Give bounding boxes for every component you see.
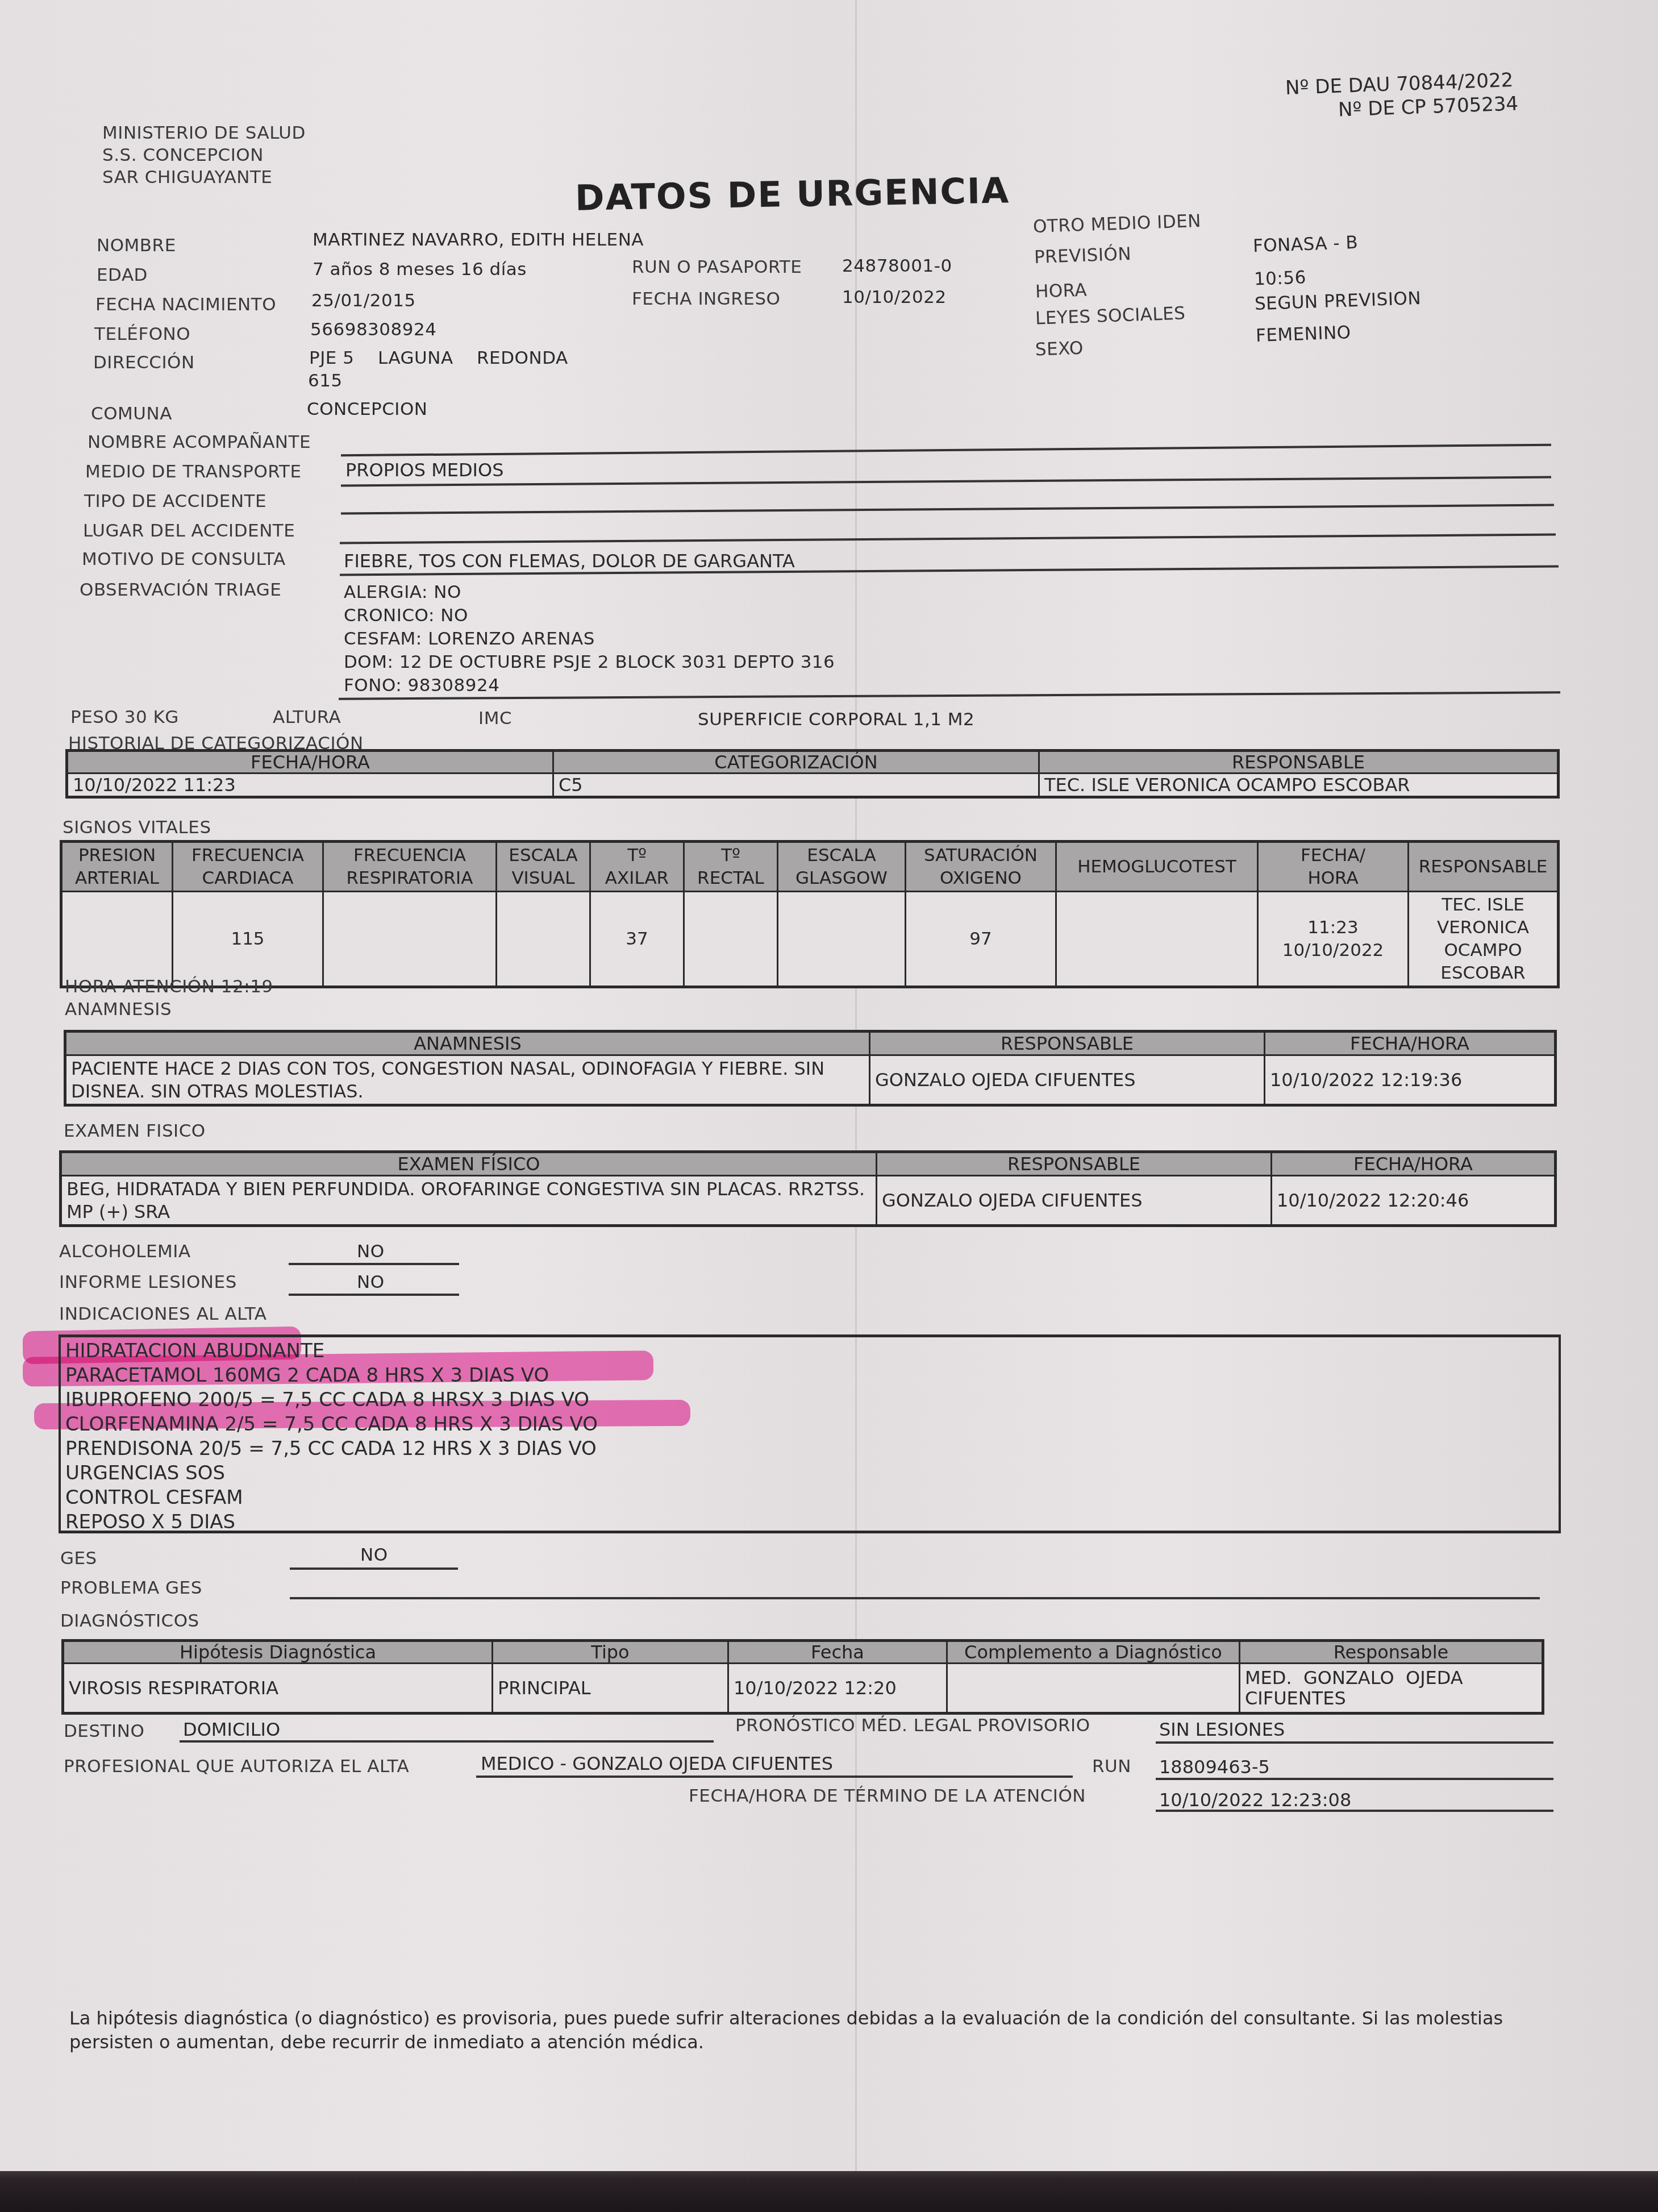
column-header: PRESION ARTERIAL bbox=[61, 842, 173, 892]
informe-lesiones-label: INFORME LESIONES bbox=[59, 1272, 237, 1292]
cell-complemento bbox=[947, 1664, 1240, 1714]
direccion-value: PJE 5 LAGUNA REDONDA bbox=[309, 348, 568, 368]
examen-fisico-table: EXAMEN FÍSICO RESPONSABLE FECHA/HORA BEG… bbox=[59, 1150, 1557, 1227]
vital-value: 11:23 10/10/2022 bbox=[1258, 892, 1409, 987]
vital-value: 37 bbox=[590, 892, 684, 987]
run-medico-label: RUN bbox=[1092, 1756, 1131, 1777]
telefono-value: 56698308924 bbox=[310, 319, 436, 340]
column-header: RESPONSABLE bbox=[870, 1032, 1265, 1055]
termino-label: FECHA/HORA DE TÉRMINO DE LA ATENCIÓN bbox=[689, 1786, 1086, 1806]
profesional-line bbox=[476, 1776, 1073, 1778]
destino-line bbox=[180, 1740, 714, 1743]
hora-label: HORA bbox=[1035, 280, 1087, 302]
table-row: 115379711:23 10/10/2022TEC. ISLE VERONIC… bbox=[61, 892, 1559, 987]
ges-value: NO bbox=[360, 1545, 388, 1565]
column-header: ESCALA GLASGOW bbox=[778, 842, 906, 892]
cell-categoria: C5 bbox=[553, 774, 1039, 797]
column-header: Tº RECTAL bbox=[684, 842, 778, 892]
column-header: CATEGORIZACIÓN bbox=[553, 751, 1039, 774]
cell-responsable: MED. GONZALO OJEDA CIFUENTES bbox=[1240, 1664, 1543, 1714]
destino-label: DESTINO bbox=[64, 1721, 144, 1741]
profesional-label: PROFESIONAL QUE AUTORIZA EL ALTA bbox=[64, 1756, 409, 1777]
cell-hipotesis: VIROSIS RESPIRATORIA bbox=[63, 1664, 493, 1714]
indicacion-item: PARACETAMOL 160MG 2 CADA 8 HRS X 3 DIAS … bbox=[65, 1363, 1554, 1388]
triage-line: CRONICO: NO bbox=[344, 604, 835, 627]
column-header: Tº AXILAR bbox=[590, 842, 684, 892]
informe-lesiones-value: NO bbox=[357, 1272, 385, 1292]
indicaciones-box: HIDRATACION ABUDNANTEPARACETAMOL 160MG 2… bbox=[59, 1334, 1561, 1533]
triage-line: DOM: 12 DE OCTUBRE PSJE 2 BLOCK 3031 DEP… bbox=[344, 651, 835, 674]
vital-value bbox=[1056, 892, 1258, 987]
nombre-value: MARTINEZ NAVARRO, EDITH HELENA bbox=[313, 230, 644, 250]
problema-ges-line bbox=[290, 1597, 1540, 1599]
column-header: FECHA/HORA bbox=[67, 751, 553, 774]
diagnosticos-table: Hipótesis Diagnóstica Tipo Fecha Complem… bbox=[61, 1639, 1544, 1715]
tipo-accidente-line bbox=[341, 504, 1554, 515]
informe-lesiones-line bbox=[289, 1294, 459, 1296]
transporte-label: MEDIO DE TRANSPORTE bbox=[85, 461, 302, 482]
table-row: BEG, HIDRATADA Y BIEN PERFUNDIDA. OROFAR… bbox=[61, 1176, 1556, 1226]
alcoholemia-line bbox=[289, 1263, 459, 1265]
cell-fecha: 10/10/2022 12:20:46 bbox=[1272, 1176, 1556, 1226]
otro-medio-label: OTRO MEDIO IDEN bbox=[1032, 211, 1201, 237]
cell-fecha: 10/10/2022 12:20 bbox=[728, 1664, 947, 1714]
termino-value: 10/10/2022 12:23:08 bbox=[1159, 1789, 1351, 1811]
column-header: FECHA/HORA bbox=[1265, 1032, 1556, 1055]
column-header: Tipo bbox=[493, 1641, 728, 1664]
transporte-line bbox=[341, 476, 1551, 487]
superficie-corporal: SUPERFICIE CORPORAL 1,1 M2 bbox=[698, 709, 974, 730]
vital-value: 115 bbox=[173, 892, 323, 987]
column-header: Complemento a Diagnóstico bbox=[947, 1641, 1240, 1664]
lugar-accidente-label: LUGAR DEL ACCIDENTE bbox=[83, 521, 295, 541]
signos-vitales-table: PRESION ARTERIALFRECUENCIA CARDIACAFRECU… bbox=[60, 840, 1560, 988]
examen-section-label: EXAMEN FISICO bbox=[64, 1121, 206, 1141]
transporte-value: PROPIOS MEDIOS bbox=[345, 459, 504, 481]
leyes-sociales-label: LEYES SOCIALES bbox=[1035, 303, 1186, 329]
run-medico-line bbox=[1156, 1778, 1553, 1780]
ges-line bbox=[290, 1567, 458, 1570]
vital-value bbox=[323, 892, 497, 987]
table-header-row: FECHA/HORA CATEGORIZACIÓN RESPONSABLE bbox=[67, 751, 1559, 774]
profesional-value: MEDICO - GONZALO OJEDA CIFUENTES bbox=[481, 1753, 833, 1774]
vital-value bbox=[497, 892, 590, 987]
table-row: VIROSIS RESPIRATORIA PRINCIPAL 10/10/202… bbox=[63, 1664, 1543, 1714]
cell-responsable: GONZALO OJEDA CIFUENTES bbox=[870, 1055, 1265, 1105]
run-medico-value: 18809463-5 bbox=[1159, 1756, 1270, 1778]
imc-label: IMC bbox=[478, 708, 512, 729]
pronostico-label: PRONÓSTICO MÉD. LEGAL PROVISORIO bbox=[735, 1715, 1090, 1736]
destino-value: DOMICILIO bbox=[183, 1719, 280, 1740]
edad-value: 7 años 8 meses 16 días bbox=[313, 259, 527, 280]
termino-line bbox=[1156, 1810, 1553, 1812]
nombre-label: NOMBRE bbox=[97, 235, 176, 256]
table-row: PACIENTE HACE 2 DIAS CON TOS, CONGESTION… bbox=[65, 1055, 1556, 1105]
document-page: MINISTERIO DE SALUD S.S. CONCEPCION SAR … bbox=[0, 0, 1658, 2171]
fecha-ingreso-label: FECHA INGRESO bbox=[632, 289, 781, 309]
vital-value bbox=[684, 892, 778, 987]
vital-value: 97 bbox=[906, 892, 1056, 987]
cell-fecha: 10/10/2022 12:19:36 bbox=[1265, 1055, 1556, 1105]
cell-responsable: GONZALO OJEDA CIFUENTES bbox=[877, 1176, 1272, 1226]
disclaimer: La hipótesis diagnóstica (o diagnóstico)… bbox=[69, 2006, 1558, 2054]
org-line: SAR CHIGUAYANTE bbox=[102, 167, 306, 189]
column-header: FRECUENCIA CARDIACA bbox=[173, 842, 323, 892]
run-value: 24878001-0 bbox=[842, 256, 952, 276]
column-header: Hipótesis Diagnóstica bbox=[63, 1641, 493, 1664]
triage-label: OBSERVACIÓN TRIAGE bbox=[80, 580, 281, 600]
column-header: ANAMNESIS bbox=[65, 1032, 870, 1055]
categorizacion-table: FECHA/HORA CATEGORIZACIÓN RESPONSABLE 10… bbox=[65, 749, 1560, 799]
triage-notes: ALERGIA: NO CRONICO: NO CESFAM: LORENZO … bbox=[344, 581, 835, 697]
column-header: FECHA/HORA bbox=[1272, 1152, 1556, 1176]
hora-value: 10:56 bbox=[1253, 267, 1306, 289]
indicacion-item: CONTROL CESFAM bbox=[65, 1486, 1554, 1510]
indicacion-item: PRENDISONA 20/5 = 7,5 CC CADA 12 HRS X 3… bbox=[65, 1437, 1554, 1461]
ges-label: GES bbox=[60, 1548, 97, 1569]
prevision-label: PREVISIÓN bbox=[1034, 244, 1131, 268]
cell-anamnesis: PACIENTE HACE 2 DIAS CON TOS, CONGESTION… bbox=[65, 1055, 870, 1105]
column-header: ESCALA VISUAL bbox=[497, 842, 590, 892]
triage-line: FONO: 98308924 bbox=[344, 674, 835, 697]
diagnosticos-section-label: DIAGNÓSTICOS bbox=[60, 1611, 199, 1631]
lugar-accidente-line bbox=[340, 534, 1556, 544]
organization-block: MINISTERIO DE SALUD S.S. CONCEPCION SAR … bbox=[102, 122, 306, 189]
column-header: HEMOGLUCOTEST bbox=[1056, 842, 1258, 892]
pronostico-value: SIN LESIONES bbox=[1159, 1719, 1285, 1740]
telefono-label: TELÉFONO bbox=[94, 324, 190, 344]
column-header: FRECUENCIA RESPIRATORIA bbox=[323, 842, 497, 892]
org-line: S.S. CONCEPCION bbox=[102, 144, 306, 167]
sexo-value: FEMENINO bbox=[1255, 322, 1351, 346]
vital-value bbox=[61, 892, 173, 987]
run-label: RUN O PASAPORTE bbox=[632, 257, 802, 277]
comuna-value: CONCEPCION bbox=[307, 399, 428, 419]
column-header: FECHA/ HORA bbox=[1258, 842, 1409, 892]
peso-value: PESO 30 KG bbox=[70, 707, 179, 727]
table-header-row: PRESION ARTERIALFRECUENCIA CARDIACAFRECU… bbox=[61, 842, 1559, 892]
comuna-label: COMUNA bbox=[91, 404, 172, 424]
column-header: EXAMEN FÍSICO bbox=[61, 1152, 877, 1176]
org-line: MINISTERIO DE SALUD bbox=[102, 122, 306, 144]
prevision-value: FONASA - B bbox=[1252, 232, 1358, 256]
table-row: 10/10/2022 11:23 C5 TEC. ISLE VERONICA O… bbox=[67, 774, 1559, 797]
alcoholemia-label: ALCOHOLEMIA bbox=[59, 1241, 191, 1262]
motivo-value: FIEBRE, TOS CON FLEMAS, DOLOR DE GARGANT… bbox=[344, 550, 795, 572]
indicacion-item: CLORFENAMINA 2/5 = 7,5 CC CADA 8 HRS X 3… bbox=[65, 1412, 1554, 1437]
alcoholemia-value: NO bbox=[357, 1241, 385, 1262]
cell-fecha: 10/10/2022 11:23 bbox=[67, 774, 553, 797]
cell-examen: BEG, HIDRATADA Y BIEN PERFUNDIDA. OROFAR… bbox=[61, 1176, 877, 1226]
cell-tipo: PRINCIPAL bbox=[493, 1664, 728, 1714]
column-header: Fecha bbox=[728, 1641, 947, 1664]
altura-label: ALTURA bbox=[273, 707, 341, 727]
indicacion-item: IBUPROFENO 200/5 = 7,5 CC CADA 8 HRSX 3 … bbox=[65, 1388, 1554, 1412]
fecha-nacimiento-value: 25/01/2015 bbox=[311, 290, 416, 311]
anamnesis-table: ANAMNESIS RESPONSABLE FECHA/HORA PACIENT… bbox=[64, 1030, 1557, 1107]
fecha-ingreso-value: 10/10/2022 bbox=[842, 287, 947, 307]
column-header: SATURACIÓN OXIGENO bbox=[906, 842, 1056, 892]
tipo-accidente-label: TIPO DE ACCIDENTE bbox=[84, 491, 266, 512]
signos-section-label: SIGNOS VITALES bbox=[63, 817, 211, 838]
table-header-row: ANAMNESIS RESPONSABLE FECHA/HORA bbox=[65, 1032, 1556, 1055]
triage-line: CESFAM: LORENZO ARENAS bbox=[344, 627, 835, 651]
anamnesis-section-label: ANAMNESIS bbox=[65, 999, 172, 1020]
leyes-sociales-value: SEGUN PREVISION bbox=[1254, 288, 1421, 314]
column-header: RESPONSABLE bbox=[877, 1152, 1272, 1176]
fecha-nacimiento-label: FECHA NACIMIENTO bbox=[95, 294, 276, 315]
vital-value: TEC. ISLE VERONICA OCAMPO ESCOBAR bbox=[1409, 892, 1559, 987]
column-header: Responsable bbox=[1240, 1641, 1543, 1664]
edad-label: EDAD bbox=[97, 265, 148, 285]
motivo-label: MOTIVO DE CONSULTA bbox=[82, 549, 286, 569]
vital-value bbox=[778, 892, 906, 987]
problema-ges-label: PROBLEMA GES bbox=[60, 1578, 202, 1598]
direccion-value-2: 615 bbox=[308, 371, 343, 391]
acompanante-label: NOMBRE ACOMPAÑANTE bbox=[88, 432, 311, 452]
table-header-row: Hipótesis Diagnóstica Tipo Fecha Complem… bbox=[63, 1641, 1543, 1664]
table-header-row: EXAMEN FÍSICO RESPONSABLE FECHA/HORA bbox=[61, 1152, 1556, 1176]
pronostico-line bbox=[1156, 1741, 1553, 1744]
indicacion-item: URGENCIAS SOS bbox=[65, 1461, 1554, 1486]
acompanante-line bbox=[341, 444, 1551, 457]
sexo-label: SEXO bbox=[1035, 338, 1084, 360]
page-title: DATOS DE URGENCIA bbox=[574, 169, 1010, 218]
triage-line: ALERGIA: NO bbox=[344, 581, 835, 604]
indicacion-item: HIDRATACION ABUDNANTE bbox=[65, 1339, 1554, 1363]
direccion-label: DIRECCIÓN bbox=[93, 352, 195, 373]
hora-atencion: HORA ATENCIÓN 12:19 bbox=[65, 976, 273, 997]
indicacion-item: REPOSO X 5 DIAS bbox=[65, 1510, 1554, 1535]
cell-responsable: TEC. ISLE VERONICA OCAMPO ESCOBAR bbox=[1039, 774, 1559, 797]
column-header: RESPONSABLE bbox=[1409, 842, 1559, 892]
indicaciones-label: INDICACIONES AL ALTA bbox=[59, 1304, 266, 1324]
indicaciones-list: HIDRATACION ABUDNANTEPARACETAMOL 160MG 2… bbox=[61, 1337, 1559, 1536]
column-header: RESPONSABLE bbox=[1039, 751, 1559, 774]
